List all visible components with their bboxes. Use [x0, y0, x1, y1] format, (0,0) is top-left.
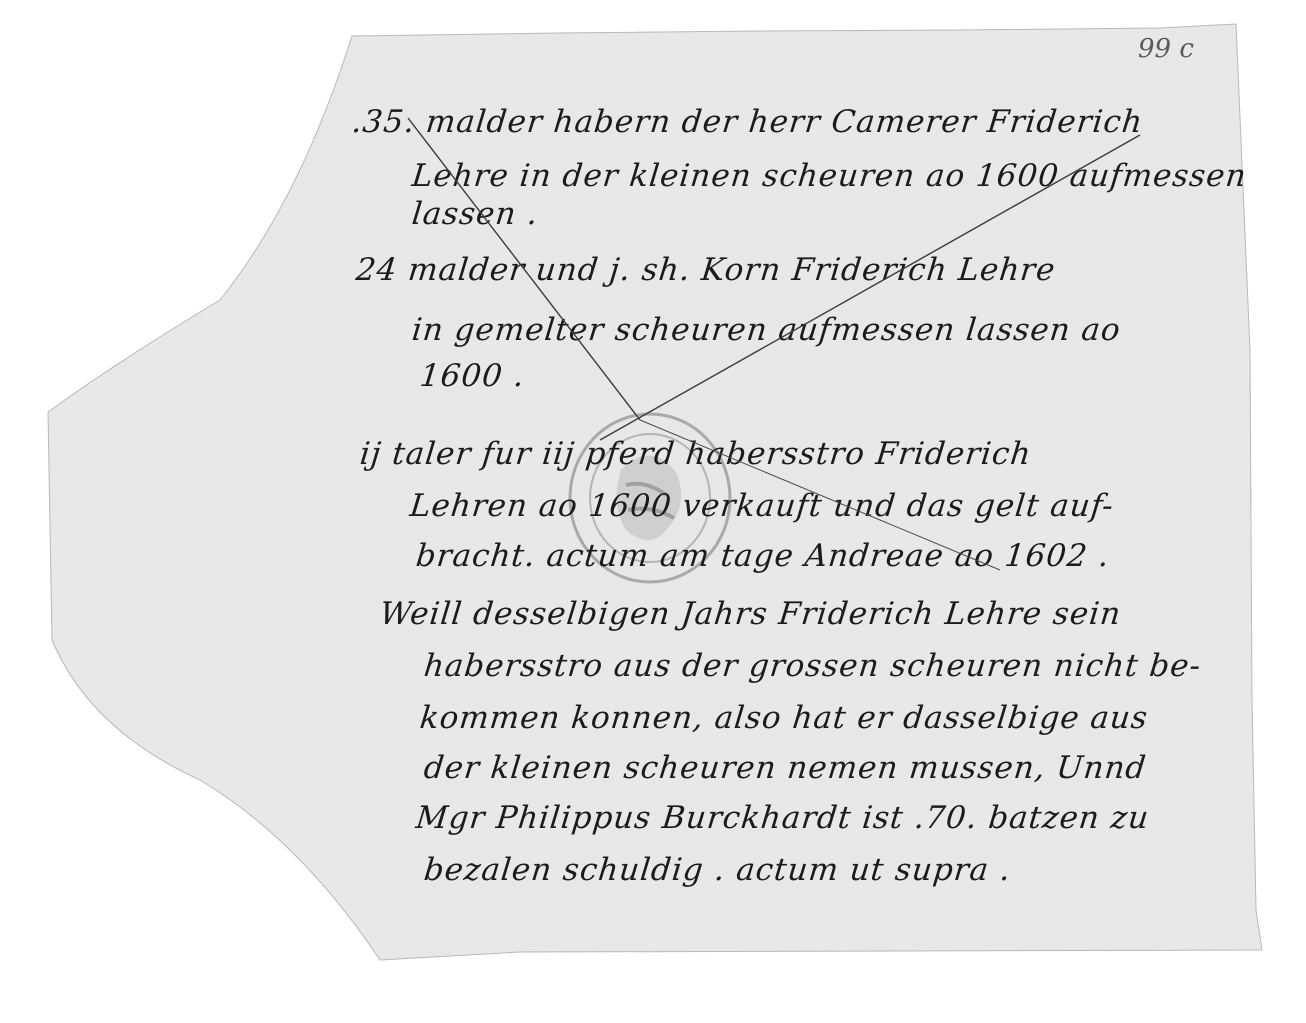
entry-4-line-4: der kleinen scheuren nemen mussen, Unnd: [422, 750, 1148, 786]
entry-2-line-1: 24 malder und j. sh. Korn Friderich Lehr…: [354, 252, 1057, 288]
entry-4-line-6: bezalen schuldig . actum ut supra .: [422, 852, 1013, 888]
folio-number: 99 c: [1138, 34, 1194, 64]
entry-3-line-2: Lehren ao 1600 verkauft und das gelt auf…: [408, 488, 1116, 524]
entry-3-line-1: ij taler fur iij pferd habersstro Frider…: [358, 436, 1033, 472]
entry-4-line-1: Weill desselbigen Jahrs Friderich Lehre …: [378, 596, 1123, 632]
entry-1-line-2: Lehre in der kleinen scheuren ao 1600 au…: [410, 158, 1248, 194]
entry-2-line-2: in gemelter scheuren aufmessen lassen ao: [410, 312, 1123, 348]
entry-1-line-3: lassen .: [410, 196, 540, 232]
entry-1-line-1: .35. malder habern der herr Camerer Frid…: [350, 104, 1145, 140]
entry-4-line-5: Mgr Philippus Burckhardt ist .70. batzen…: [414, 800, 1151, 836]
entry-4-line-2: habersstro aus der grossen scheuren nich…: [422, 648, 1203, 684]
entry-4-line-3: kommen konnen, also hat er dasselbige au…: [418, 700, 1150, 736]
entry-2-line-3: 1600 .: [418, 358, 526, 394]
manuscript-page: 99 c .35. malder habern der herr Camerer…: [0, 0, 1306, 1023]
entry-3-line-3: bracht. actum am tage Andreae ao 1602 .: [414, 538, 1111, 574]
